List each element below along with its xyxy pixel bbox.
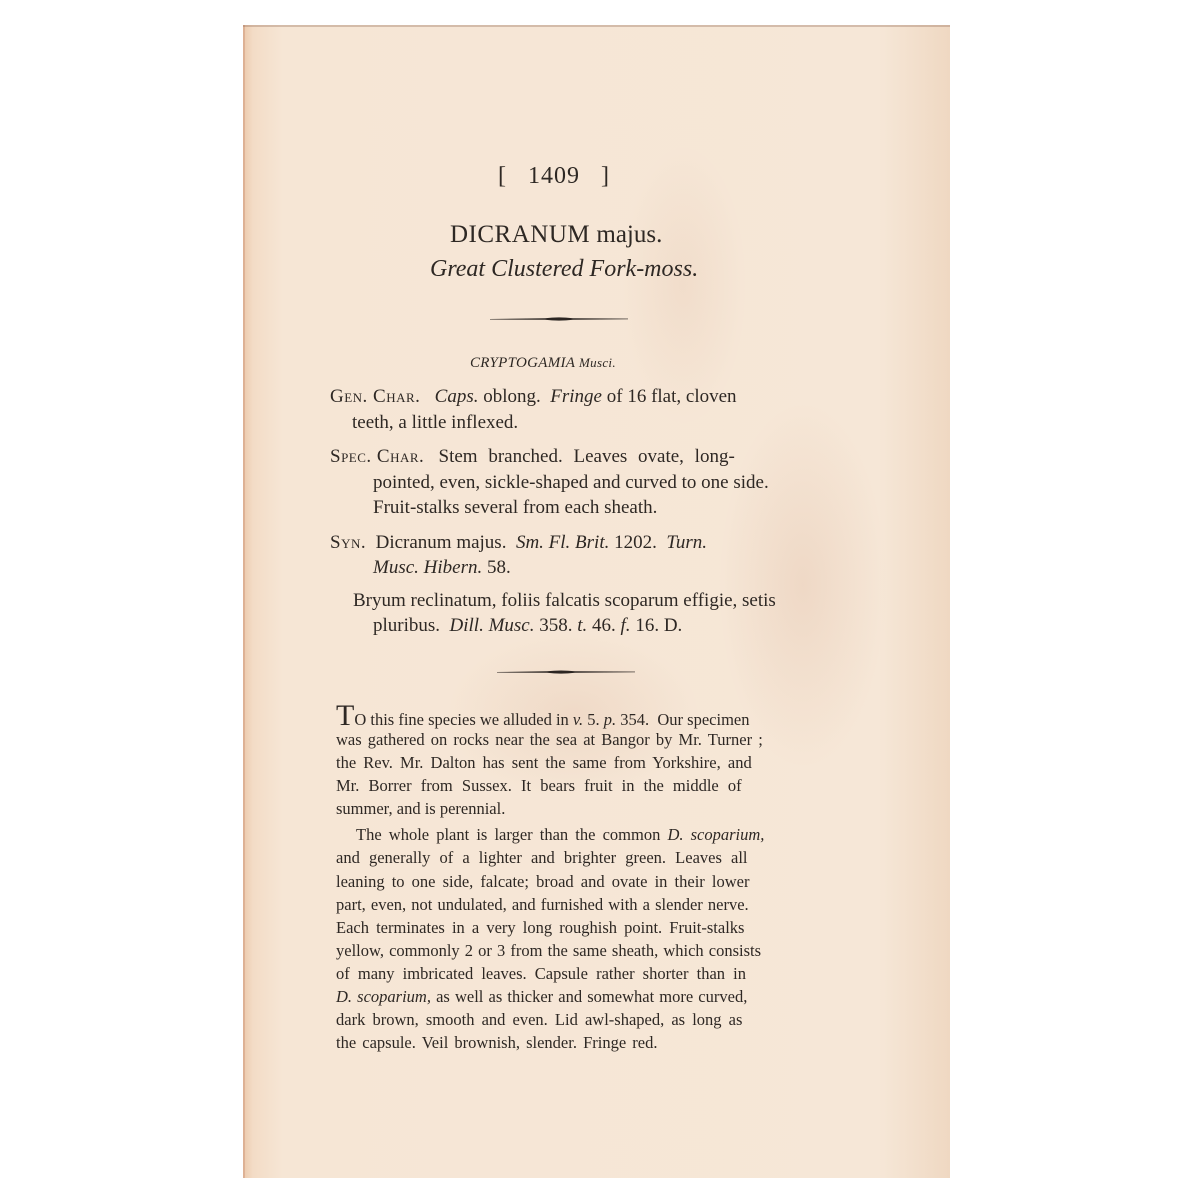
text-fragment: Dill. Musc. xyxy=(450,615,535,636)
order-name: Musci. xyxy=(579,355,616,370)
text-fragment: D. scoparium, xyxy=(336,987,431,1006)
text-fragment: Turn. xyxy=(666,532,707,553)
description-line: TO this fine species we alluded in v. 5.… xyxy=(336,701,750,731)
common-name: Great Clustered Fork-moss. xyxy=(430,256,698,283)
gen-char-line-1: Gen. Char. Caps. oblong. Fringe of 16 fl… xyxy=(330,386,737,408)
text-fragment: v. xyxy=(573,710,583,729)
syn-line-1: Syn. Dicranum majus. Sm. Fl. Brit. 1202.… xyxy=(330,532,707,554)
description-line: Each terminates in a very long roughish … xyxy=(336,918,744,938)
text-fragment: 16. D. xyxy=(631,615,683,636)
syn-line-4: pluribus. Dill. Musc. 358. t. 46. f. 16.… xyxy=(373,615,682,637)
text-fragment: f. xyxy=(621,615,631,636)
description-line: of many imbricated leaves. Capsule rathe… xyxy=(336,964,746,984)
description-line: leaning to one side, falcate; broad and … xyxy=(336,872,749,892)
species-epithet: majus. xyxy=(596,221,662,248)
text-fragment: 5. xyxy=(583,710,604,729)
text-fragment: Caps. xyxy=(435,386,479,407)
text-fragment: oblong. xyxy=(479,386,551,407)
text-fragment: t. xyxy=(577,615,587,636)
gen-char-label: Gen. Char. xyxy=(330,386,420,407)
page-number-value: 1409 xyxy=(528,163,580,189)
text-fragment: Fringe xyxy=(550,386,602,407)
class-name: CRYPTOGAMIA xyxy=(470,355,575,371)
description-line: was gathered on rocks near the sea at Ba… xyxy=(336,730,763,750)
text-fragment: Dicranum majus. xyxy=(376,532,516,553)
spec-char-line-2: pointed, even, sickle-shaped and curved … xyxy=(373,472,769,494)
gen-char-line-2: teeth, a little inflexed. xyxy=(352,412,518,434)
text-fragment: p. xyxy=(604,710,616,729)
description-line: yellow, commonly 2 or 3 from the same sh… xyxy=(336,941,761,961)
description-line: the capsule. Veil brownish, slender. Fri… xyxy=(336,1033,657,1053)
species-title: DICRANUM majus. xyxy=(450,221,662,249)
text-fragment: Musc. Hibern. xyxy=(373,557,482,578)
text-fragment: The whole plant is larger than the commo… xyxy=(356,825,667,844)
description-line: summer, and is perennial. xyxy=(336,799,505,819)
description-line: dark brown, smooth and even. Lid awl-sha… xyxy=(336,1010,742,1030)
spec-char-label: Spec. Char. xyxy=(330,446,424,467)
text-fragment: as well as thicker and somewhat more cur… xyxy=(431,987,747,1006)
classification: CRYPTOGAMIA Musci. xyxy=(470,355,616,372)
syn-line-3: Bryum reclinatum, foliis falcatis scopar… xyxy=(353,590,776,612)
page-number: [ 1409 ] xyxy=(498,163,610,190)
text-fragment: O this fine species we alluded in xyxy=(354,710,573,729)
description-line: Mr. Borrer from Sussex. It bears fruit i… xyxy=(336,776,742,796)
genus-name: DICRANUM xyxy=(450,221,590,248)
spec-char-line-1: Spec. Char. Stem branched. Leaves ovate,… xyxy=(330,446,735,468)
drop-cap: T xyxy=(336,699,354,732)
spec-char-line-3: Fruit-stalks several from each sheath. xyxy=(373,497,657,519)
text-fragment: 58. xyxy=(482,557,511,578)
description-line: the Rev. Mr. Dalton has sent the same fr… xyxy=(336,753,752,773)
text-fragment: of 16 flat, cloven xyxy=(602,386,737,407)
text-fragment: Sm. Fl. Brit. xyxy=(516,532,609,553)
description-line: D. scoparium, as well as thicker and som… xyxy=(336,987,747,1007)
text-fragment: D. scoparium, xyxy=(667,825,764,844)
text-fragment: Stem branched. Leaves ovate, long- xyxy=(439,446,735,467)
text-fragment: pluribus. xyxy=(373,615,450,636)
text-fragment: 354. Our specimen xyxy=(616,710,749,729)
description-line: part, even, not undulated, and furnished… xyxy=(336,895,749,915)
text-fragment: 1202. xyxy=(609,532,666,553)
description-line: The whole plant is larger than the commo… xyxy=(356,825,764,845)
text-fragment: 46. xyxy=(587,615,620,636)
text-fragment: 358. xyxy=(535,615,578,636)
syn-line-2: Musc. Hibern. 58. xyxy=(373,557,511,579)
description-line: and generally of a lighter and brighter … xyxy=(336,848,748,868)
syn-label: Syn. xyxy=(330,532,366,553)
